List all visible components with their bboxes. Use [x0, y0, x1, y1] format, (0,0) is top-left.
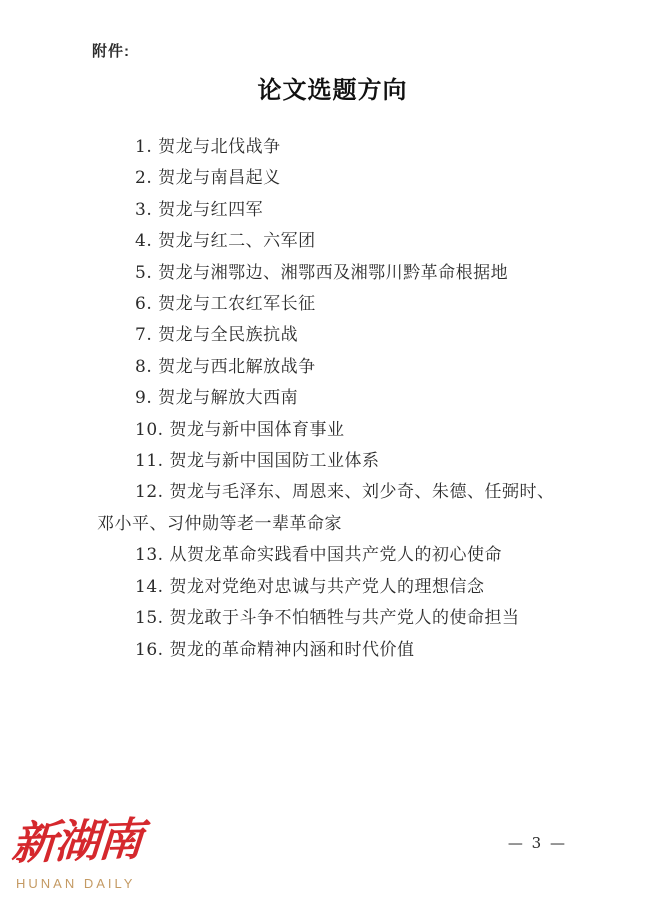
logo-english-text: HUNAN DAILY	[16, 876, 170, 891]
document-page: 附件: 论文选题方向 1. 贺龙与北伐战争 2. 贺龙与南昌起义 3. 贺龙与红…	[0, 0, 665, 900]
topic-item-5: 5. 贺龙与湘鄂边、湘鄂西及湘鄂川黔革命根据地	[97, 258, 572, 289]
topic-item-13: 13. 从贺龙革命实践看中国共产党人的初心使命	[97, 540, 572, 571]
topic-item-12: 12. 贺龙与毛泽东、周恩来、刘少奇、朱德、任弼时、	[97, 477, 572, 508]
topic-item-1: 1. 贺龙与北伐战争	[97, 132, 572, 163]
topic-item-16: 16. 贺龙的革命精神内涵和时代价值	[97, 635, 572, 666]
topic-item-6: 6. 贺龙与工农红军长征	[97, 289, 572, 320]
attachment-label: 附件:	[92, 40, 130, 61]
topic-item-11: 11. 贺龙与新中国国防工业体系	[97, 446, 572, 477]
document-title: 论文选题方向	[0, 70, 665, 105]
topic-item-7: 7. 贺龙与全民族抗战	[97, 320, 572, 351]
topic-item-14: 14. 贺龙对党绝对忠诚与共产党人的理想信念	[97, 572, 572, 603]
topic-item-9: 9. 贺龙与解放大西南	[97, 383, 572, 414]
topic-item-12-continuation: 邓小平、习仲勋等老一辈革命家	[97, 509, 572, 540]
hunan-daily-logo: 新湖南 HUNAN DAILY	[10, 818, 170, 891]
topic-list: 1. 贺龙与北伐战争 2. 贺龙与南昌起义 3. 贺龙与红四军 4. 贺龙与红二…	[97, 132, 572, 666]
topic-item-2: 2. 贺龙与南昌起义	[97, 163, 572, 194]
topic-item-8: 8. 贺龙与西北解放战争	[97, 352, 572, 383]
topic-item-15: 15. 贺龙敢于斗争不怕牺牲与共产党人的使命担当	[97, 603, 572, 634]
logo-chinese-calligraphy: 新湖南	[10, 812, 174, 870]
topic-item-4: 4. 贺龙与红二、六军团	[97, 226, 572, 257]
page-number: — 3 —	[508, 834, 567, 852]
topic-item-10: 10. 贺龙与新中国体育事业	[97, 415, 572, 446]
topic-item-3: 3. 贺龙与红四军	[97, 195, 572, 226]
